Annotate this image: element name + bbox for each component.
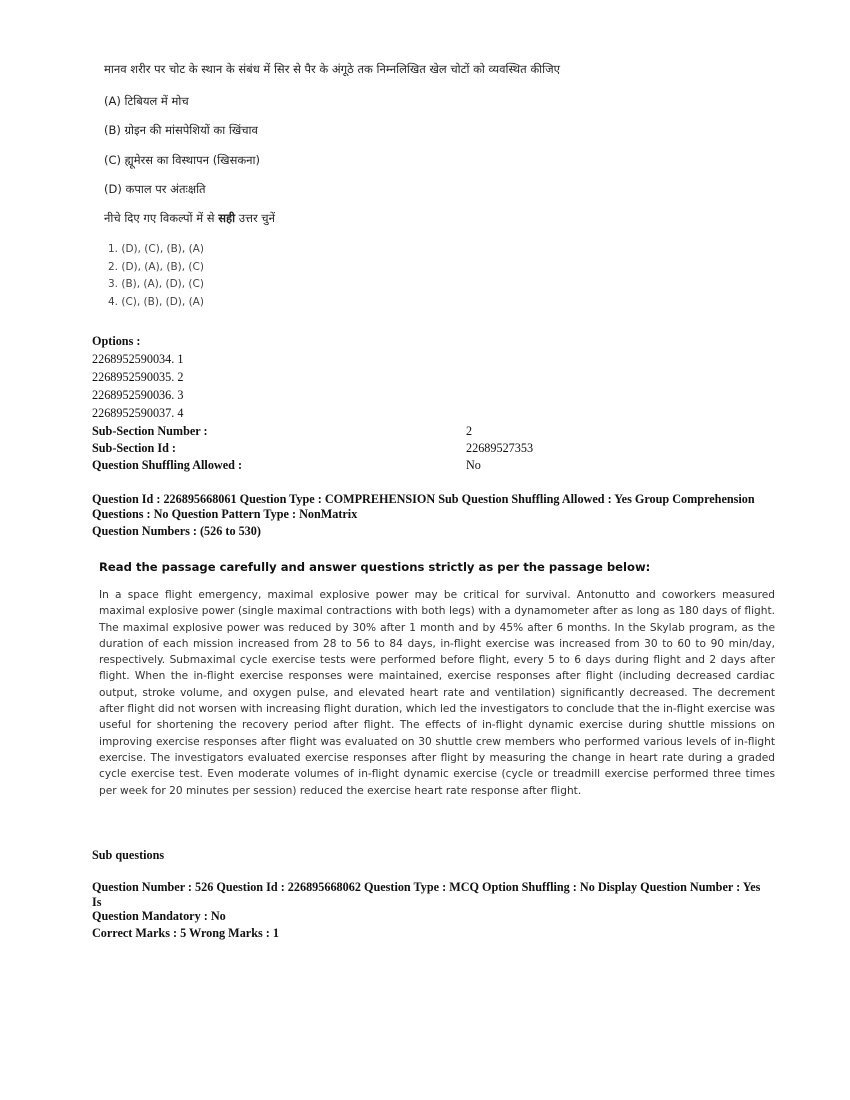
sub-questions-label: Sub questions — [92, 848, 164, 863]
passage-instruction: Read the passage carefully and answer qu… — [99, 560, 650, 574]
option-item: 2268952590034. 1 — [92, 350, 183, 369]
meta-key: Sub-Section Number : — [92, 424, 208, 439]
answer-choice: 1. (D), (C), (B), (A) — [108, 241, 204, 259]
comprehension-header: Question Id : 226895668061 Question Type… — [92, 492, 762, 539]
passage-text: In a space flight emergency, maximal exp… — [99, 587, 775, 799]
instruction-emphasis: सही — [218, 211, 235, 225]
header-line: Question Number : 526 Question Id : 2268… — [92, 880, 762, 909]
subsection-id-row: Sub-Section Id : 22689527353 — [92, 441, 692, 457]
statement-d: (D) कपाल पर अंतःक्षति — [104, 182, 206, 197]
question-shuffling-row: Question Shuffling Allowed : No — [92, 458, 692, 474]
statement-a: (A) टिबियल में मोच — [104, 94, 189, 109]
option-item: 2268952590036. 3 — [92, 386, 183, 405]
question-numbers: Question Numbers : (526 to 530) — [92, 524, 762, 539]
header-line: Question Id : 226895668061 Question Type… — [92, 492, 762, 507]
choose-instruction: नीचे दिए गए विकल्पों में से सही उत्तर चु… — [104, 211, 275, 226]
question-stem: मानव शरीर पर चोट के स्थान के संबंध में स… — [104, 62, 560, 77]
meta-value: 2 — [466, 424, 472, 439]
option-item: 2268952590037. 4 — [92, 404, 183, 423]
options-label: Options : — [92, 332, 140, 351]
meta-key: Sub-Section Id : — [92, 441, 176, 456]
statement-c: (C) ह्यूमेरस का विस्थापन (खिसकना) — [104, 153, 260, 168]
option-item: 2268952590035. 2 — [92, 368, 183, 387]
answer-choices: 1. (D), (C), (B), (A) 2. (D), (A), (B), … — [108, 241, 204, 311]
meta-value: No — [466, 458, 481, 473]
answer-choice: 4. (C), (B), (D), (A) — [108, 294, 204, 312]
subsection-number-row: Sub-Section Number : 2 — [92, 424, 692, 440]
meta-value: 22689527353 — [466, 441, 533, 456]
marks-line: Correct Marks : 5 Wrong Marks : 1 — [92, 926, 762, 941]
meta-key: Question Shuffling Allowed : — [92, 458, 242, 473]
header-line: Question Mandatory : No — [92, 909, 762, 924]
answer-choice: 3. (B), (A), (D), (C) — [108, 276, 204, 294]
statement-b: (B) ग्रोइन की मांसपेशियों का खिंचाव — [104, 123, 258, 138]
instruction-prefix: नीचे दिए गए विकल्पों में से — [104, 211, 218, 225]
instruction-suffix: उत्तर चुनें — [235, 211, 275, 225]
answer-choice: 2. (D), (A), (B), (C) — [108, 259, 204, 277]
header-line: Questions : No Question Pattern Type : N… — [92, 507, 762, 522]
sub-question-header: Question Number : 526 Question Id : 2268… — [92, 880, 762, 940]
